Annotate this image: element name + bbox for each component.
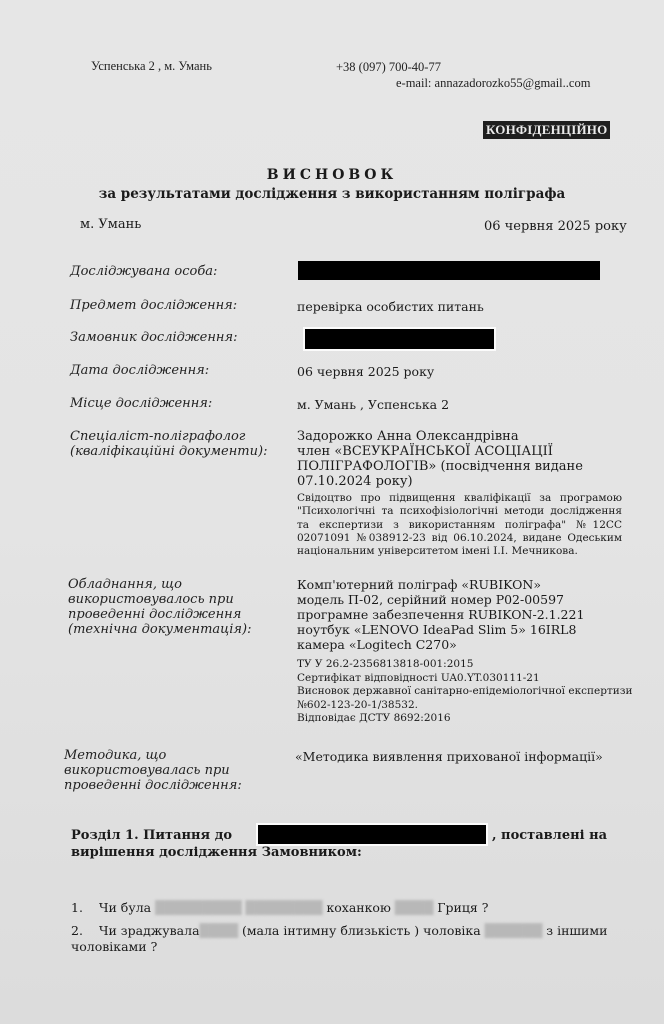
label-customer: Замовник дослідження:	[70, 330, 237, 345]
value-place: м. Умань , Успенська 2	[297, 397, 449, 412]
document-date: 06 червня 2025 року	[484, 219, 627, 234]
specialist-info: Задорожко Анна Олександрівна член «ВСЕУК…	[297, 429, 583, 489]
blurred-name: █████████ ████████	[155, 900, 322, 915]
value-date: 06 червня 2025 року	[297, 364, 434, 379]
equipment-list: Комп'ютерний поліграф «RUBIKON» модель П…	[297, 577, 584, 652]
equipment-docs: ТУ У 26.2-2356813818-001:2015 Сертифікат…	[297, 658, 632, 726]
label-date: Дата дослідження:	[70, 363, 209, 378]
redacted-section-subject	[258, 825, 486, 844]
blurred-name: ████	[200, 923, 238, 938]
specialist-name: Задорожко Анна Олександрівна	[297, 429, 583, 444]
document-title: ВИСНОВОК	[0, 167, 664, 183]
header-email: e-mail: annazadorozko55@gmail..com	[396, 76, 590, 91]
label-subject: Досліджувана особа:	[70, 264, 217, 279]
label-place: Місце дослідження:	[70, 396, 212, 411]
label-specialist: Спеціаліст-поліграфолог (кваліфікаційні …	[70, 429, 267, 459]
value-methodology: «Методика виявлення прихованої інформаці…	[295, 749, 603, 764]
redacted-subject	[298, 261, 600, 280]
blurred-name: ██████	[485, 923, 543, 938]
blurred-name: ████	[395, 900, 433, 915]
section-1-heading-start: Розділ 1. Питання до	[71, 828, 232, 844]
confidential-stamp: КОНФІДЕНЦІЙНО	[483, 121, 610, 139]
redacted-customer	[305, 329, 494, 349]
header-phone: +38 (097) 700-40-77	[336, 60, 441, 75]
city: м. Умань	[80, 217, 141, 232]
question-1: 1. Чи була █████████ ████████ коханкою █…	[71, 900, 621, 916]
document-subtitle: за результатами дослідження з використан…	[0, 186, 664, 202]
section-1-heading-line2: вирішення дослідження Замовником:	[71, 845, 362, 861]
label-equipment: Обладнання, що використовувалось при про…	[68, 577, 251, 637]
specialist-certificate: Свідоцтво про підвищення кваліфікації за…	[297, 492, 622, 558]
label-topic: Предмет дослідження:	[70, 298, 237, 313]
section-1-heading-end: , поставлені на	[492, 828, 607, 844]
question-2: 2. Чи зраджувала████ (мала інтимну близь…	[71, 923, 621, 955]
label-methodology: Методика, що використовувалась при прове…	[64, 748, 242, 793]
header-address: Успенська 2 , м. Умань	[91, 59, 212, 74]
value-topic: перевірка особистих питань	[297, 299, 484, 314]
